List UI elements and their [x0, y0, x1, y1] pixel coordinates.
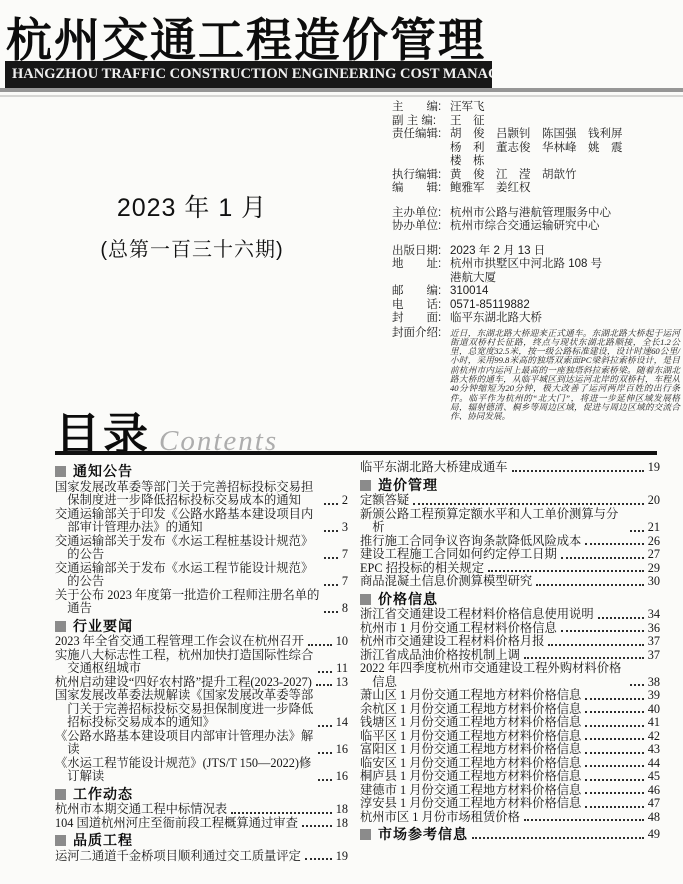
toc-entry-title: 杭州市 1 月份交通工程材料价格信息	[360, 622, 557, 636]
toc-entry-page: 7	[342, 575, 348, 589]
toc-entry: 104 国道杭州河庄至衙前段工程概算通过审查18	[55, 817, 348, 831]
toc-entry-title: 临平区 1 月份交通工程地方材料价格信息	[360, 730, 581, 744]
toc-entry: 临安区 1 月份交通工程地方材料价格信息44	[360, 757, 660, 771]
dot-leader	[585, 738, 643, 740]
toc-entry: 临平区 1 月份交通工程地方材料价格信息42	[360, 730, 660, 744]
header-rule	[0, 88, 683, 92]
toc-entry-page: 18	[336, 817, 348, 831]
toc-entry: 商品混凝土信息价测算模型研究30	[360, 575, 660, 589]
toc-entry-title: 国家发展改革委法规解读《国家发展改革委等部门关于完善招标投标交易担保制度进一步降…	[55, 689, 314, 730]
dot-leader	[630, 530, 644, 532]
toc-entry-title: 2022 年四季度杭州市交通建设工程外购材料价格信息	[360, 662, 626, 689]
dot-leader	[585, 806, 643, 808]
toc-entry-title: 钱塘区 1 月份交通工程地方材料价格信息	[360, 716, 581, 730]
toc-entry-page: 20	[648, 494, 660, 508]
toc-section-title: 造价管理	[378, 479, 438, 493]
editorial-label: 主 编:	[392, 101, 450, 115]
toc-section-heading: 行业要闻	[55, 620, 348, 634]
issue-block: 2023 年 1 月 (总第一百三十六期)	[52, 188, 332, 262]
toc-entry: 萧山区 1 月份交通工程地方材料价格信息39	[360, 689, 660, 703]
toc-entry-page: 13	[336, 676, 348, 690]
dot-leader	[316, 684, 332, 686]
toc-section-title: 品质工程	[73, 834, 133, 848]
toc-entry-title: 余杭区 1 月份交通工程地方材料价格信息	[360, 703, 581, 717]
editorial-row: 杨 利 董志俊 华林峰 姚 震	[392, 142, 680, 156]
toc-section-heading: 通知公告	[55, 465, 348, 479]
toc-entry: 《公路水路基本建设项目内部审计管理办法》解读16	[55, 730, 348, 757]
toc-entry: 新颁公路工程预算定额水平和人工单价测算与分析21	[360, 508, 660, 535]
toc-entry: 建德市 1 月份交通工程地方材料价格信息46	[360, 784, 660, 798]
toc-entry-title: 商品混凝土信息价测算模型研究	[360, 575, 532, 589]
toc-entry: 交通运输部关于发布《水运工程节能设计规范》的公告7	[55, 562, 348, 589]
editorial-row: 责任编辑:胡 俊 吕颢钊 陈国强 钱利屏	[392, 128, 680, 142]
toc-entry: 国家发展改革委法规解读《国家发展改革委等部门关于完善招标投标交易担保制度进一步降…	[55, 689, 348, 730]
toc-entry-page: 19	[336, 850, 348, 864]
toc-entry: 国家发展改革委等部门关于完善招标投标交易担保制度进一步降低招标投标交易成本的通知…	[55, 481, 348, 508]
editorial-label: 主办单位:	[392, 207, 450, 221]
toc-entry-title: 杭州市区 1 月份市场租赁价格	[360, 811, 520, 825]
toc-entry-title: 富阳区 1 月份交通工程地方材料价格信息	[360, 743, 581, 757]
toc-entry-title: 杭州市本期交通工程中标情况表	[55, 803, 227, 817]
toc-entry-page: 10	[336, 635, 348, 649]
cover-intro-row: 封面介绍: 近日，东湖北路大桥迎来正式通车。东湖北路大桥起于运河街道双桥村长征路…	[392, 327, 680, 422]
editorial-label: 责任编辑:	[392, 128, 450, 142]
toc-section-title: 市场参考信息	[378, 828, 468, 842]
toc-section-heading: 造价管理	[360, 479, 660, 493]
editorial-label: 出版日期:	[392, 245, 450, 259]
dot-leader	[318, 725, 332, 727]
editorial-label	[392, 272, 450, 286]
toc-entry-page: 46	[648, 784, 660, 798]
editorial-label: 编 辑:	[392, 182, 450, 196]
toc-entry-page: 16	[336, 743, 348, 757]
toc-entry-title: 萧山区 1 月份交通工程地方材料价格信息	[360, 689, 581, 703]
editorial-value: 0571-85119882	[450, 299, 680, 313]
dot-leader	[413, 503, 644, 505]
toc-section-page: 49	[648, 828, 660, 842]
dot-leader	[524, 819, 644, 821]
toc-entry-title: 杭州市交通建设工程材料价格月报	[360, 635, 544, 649]
toc-entry-page: 47	[648, 797, 660, 811]
toc-entry-page: 43	[648, 743, 660, 757]
toc-entry-title: 定额答疑	[360, 494, 409, 508]
toc-entry-title: 国家发展改革委等部门关于完善招标投标交易担保制度进一步降低招标投标交易成本的通知	[55, 481, 320, 508]
dot-leader	[324, 611, 338, 613]
dot-leader	[324, 584, 338, 586]
journal-title-en-banner: HANGZHOU TRAFFIC CONSTRUCTION ENGINEERIN…	[5, 61, 492, 88]
toc-entry-page: 3	[342, 521, 348, 535]
editorial-label: 协办单位:	[392, 220, 450, 234]
editorial-row: 楼 栋	[392, 155, 680, 169]
toc-entry: 杭州市本期交通工程中标情况表18	[55, 803, 348, 817]
toc-entry-title: 建德市 1 月份交通工程地方材料价格信息	[360, 784, 581, 798]
toc-entry-page: 48	[648, 811, 660, 825]
editorial-row: 执行编辑:黄 俊 江 滢 胡歆竹	[392, 169, 680, 183]
toc-entry-title: 新颁公路工程预算定额水平和人工单价测算与分析	[360, 508, 626, 535]
dot-leader	[472, 837, 644, 839]
toc-entry-page: 45	[648, 770, 660, 784]
toc-entry-title: 浙江省成品油价格按机制上调	[360, 649, 520, 663]
section-bullet-icon	[360, 594, 371, 605]
toc-entry: 交通运输部关于印发《公路水路基本建设项目内部审计管理办法》的通知3	[55, 508, 348, 535]
dot-leader	[585, 725, 643, 727]
editorial-value: 港航大厦	[450, 272, 680, 286]
dot-leader	[318, 779, 332, 781]
dot-leader	[524, 657, 644, 659]
editorial-block: 主 编:汪军飞副 主 编:王 征责任编辑:胡 俊 吕颢钊 陈国强 钱利屏杨 利 …	[392, 101, 680, 421]
editorial-value: 杭州市公路与港航管理服务中心	[450, 207, 680, 221]
toc-section-heading: 价格信息	[360, 593, 660, 607]
dot-leader	[536, 584, 644, 586]
editorial-value: 杭州市拱墅区中河北路 108 号	[450, 258, 680, 272]
dot-leader	[585, 792, 643, 794]
toc-entry-title: 桐庐县 1 月份交通工程地方材料价格信息	[360, 770, 581, 784]
editorial-value: 王 征	[450, 115, 680, 129]
dot-leader	[488, 570, 644, 572]
toc-entry-title: 建设工程施工合同如何约定停工日期	[360, 548, 557, 562]
editorial-row: 主办单位:杭州市公路与港航管理服务中心	[392, 207, 680, 221]
dot-leader	[598, 617, 644, 619]
toc-entry: 杭州市交通建设工程材料价格月报37	[360, 635, 660, 649]
toc-entry-page: 2	[342, 494, 348, 508]
dot-leader	[305, 858, 332, 860]
toc-entry: 推行施工合同争议咨询条款降低风险成本26	[360, 535, 660, 549]
toc-entry: 实施八大标志性工程，杭州加快打造国际性综合交通枢纽城市11	[55, 649, 348, 676]
dot-leader	[561, 557, 644, 559]
section-bullet-icon	[55, 835, 66, 846]
toc-entry: EPC 招投标的相关规定29	[360, 562, 660, 576]
toc-entry-page: 26	[648, 535, 660, 549]
editorial-row: 协办单位:杭州市综合交通运输研究中心	[392, 220, 680, 234]
toc-entry-title: 临平东湖北路大桥建成通车	[360, 461, 508, 475]
toc-entry: 交通运输部关于发布《水运工程桩基设计规范》的公告7	[55, 535, 348, 562]
dot-leader	[561, 630, 644, 632]
dot-leader	[585, 765, 643, 767]
dot-leader	[302, 825, 332, 827]
editorial-row: 编 辑:鲍雅军 姜红权	[392, 182, 680, 196]
dot-leader	[324, 557, 338, 559]
toc-entry-title: 交通运输部关于发布《水运工程节能设计规范》的公告	[55, 562, 320, 589]
toc-entry-page: 18	[336, 803, 348, 817]
toc-entry-title: 关于公布 2023 年度第一批造价工程师注册名单的通告	[55, 589, 320, 616]
editorial-value: 汪军飞	[450, 101, 680, 115]
header-rule-thin	[0, 95, 683, 97]
toc-entry-page: 7	[342, 548, 348, 562]
dot-leader	[630, 684, 644, 686]
issue-date: 2023 年 1 月	[52, 188, 332, 224]
editorial-value: 鲍雅军 姜红权	[450, 182, 680, 196]
toc-entry: 2022 年四季度杭州市交通建设工程外购材料价格信息38	[360, 662, 660, 689]
editorial-row: 封 面:临平东湖北路大桥	[392, 312, 680, 326]
section-bullet-icon	[55, 789, 66, 800]
toc-entry-page: 37	[648, 649, 660, 663]
toc-entry-title: EPC 招投标的相关规定	[360, 562, 484, 576]
toc-entry: 富阳区 1 月份交通工程地方材料价格信息43	[360, 743, 660, 757]
toc-entry: 桐庐县 1 月份交通工程地方材料价格信息45	[360, 770, 660, 784]
toc-column-left: 通知公告国家发展改革委等部门关于完善招标投标交易担保制度进一步降低招标投标交易成…	[55, 461, 348, 863]
issue-number: (总第一百三十六期)	[52, 233, 332, 262]
toc-entry: 建设工程施工合同如何约定停工日期27	[360, 548, 660, 562]
toc-entry-title: 实施八大标志性工程，杭州加快打造国际性综合交通枢纽城市	[55, 649, 314, 676]
toc-entry-page: 42	[648, 730, 660, 744]
editorial-label: 封 面:	[392, 312, 450, 326]
dot-leader	[324, 530, 338, 532]
toc-entry-page: 16	[336, 770, 348, 784]
toc-entry: 杭州市 1 月份交通工程材料价格信息36	[360, 622, 660, 636]
toc-entry-page: 14	[336, 716, 348, 730]
magazine-cover-page: 杭州交通工程造价管理 HANGZHOU TRAFFIC CONSTRUCTION…	[0, 0, 683, 884]
toc-entry-title: 运河二通道千金桥项目顺利通过交工质量评定	[55, 850, 301, 864]
editorial-value: 胡 俊 吕颢钊 陈国强 钱利屏	[450, 128, 680, 142]
toc-section-heading: 工作动态	[55, 788, 348, 802]
cover-intro-text: 近日，东湖北路大桥迎来正式通车。东湖北路大桥起于运河街道双桥村长征路，终点与现状…	[450, 329, 680, 422]
toc-entry-page: 39	[648, 689, 660, 703]
toc-entry-title: 推行施工合同争议咨询条款降低风险成本	[360, 535, 581, 549]
toc-entry: 定额答疑20	[360, 494, 660, 508]
toc-section-heading: 品质工程	[55, 834, 348, 848]
toc-entry: 运河二通道千金桥项目顺利通过交工质量评定19	[55, 850, 348, 864]
dot-leader	[585, 779, 643, 781]
dot-leader	[585, 543, 643, 545]
toc-entry-title: 淳安县 1 月份交通工程地方材料价格信息	[360, 797, 581, 811]
dot-leader	[548, 644, 643, 646]
toc-section-title: 价格信息	[378, 593, 438, 607]
editorial-label	[392, 142, 450, 156]
toc-entry-page: 41	[648, 716, 660, 730]
journal-title-en: HANGZHOU TRAFFIC CONSTRUCTION ENGINEERIN…	[12, 66, 492, 83]
section-bullet-icon	[360, 480, 371, 491]
editorial-label: 执行编辑:	[392, 169, 450, 183]
editorial-row: 主 编:汪军飞	[392, 101, 680, 115]
editorial-row: 出版日期:2023 年 2 月 13 日	[392, 245, 680, 259]
toc-entry: 《水运工程节能设计规范》(JTS/T 150—2022)修订解读16	[55, 757, 348, 784]
toc-entry-page: 27	[648, 548, 660, 562]
toc-entry-page: 40	[648, 703, 660, 717]
toc-entry-title: 临安区 1 月份交通工程地方材料价格信息	[360, 757, 581, 771]
toc-entry-page: 30	[648, 575, 660, 589]
section-bullet-icon	[55, 621, 66, 632]
toc-section-title: 通知公告	[73, 465, 133, 479]
toc-entry-page: 21	[648, 521, 660, 535]
dot-leader	[308, 644, 332, 646]
toc-entry-title: 104 国道杭州河庄至衙前段工程概算通过审查	[55, 817, 298, 831]
editorial-label: 邮 编:	[392, 285, 450, 299]
editorial-rows: 主 编:汪军飞副 主 编:王 征责任编辑:胡 俊 吕颢钊 陈国强 钱利屏杨 利 …	[392, 101, 680, 326]
toc-entry-title: 杭州启动建设“四好农村路”提升工程(2023-2027)	[55, 676, 312, 690]
toc-entry-title: 《水运工程节能设计规范》(JTS/T 150—2022)修订解读	[55, 757, 314, 784]
toc-section-title: 工作动态	[73, 788, 133, 802]
toc-entry: 关于公布 2023 年度第一批造价工程师注册名单的通告8	[55, 589, 348, 616]
editorial-value: 310014	[450, 285, 680, 299]
toc-entry: 淳安县 1 月份交通工程地方材料价格信息47	[360, 797, 660, 811]
toc-entry-page: 8	[342, 602, 348, 616]
toc-entry: 浙江省成品油价格按机制上调37	[360, 649, 660, 663]
editorial-value: 杨 利 董志俊 华林峰 姚 震	[450, 142, 680, 156]
dot-leader	[585, 711, 643, 713]
dot-leader	[324, 503, 338, 505]
toc-entry-page: 44	[648, 757, 660, 771]
editorial-row: 副 主 编:王 征	[392, 115, 680, 129]
toc-entry-page: 37	[648, 635, 660, 649]
dot-leader	[318, 671, 332, 673]
editorial-label: 电 话:	[392, 299, 450, 313]
toc-entry-page: 19	[648, 461, 660, 475]
editorial-value: 临平东湖北路大桥	[450, 312, 680, 326]
toc-entry-page: 38	[648, 676, 660, 690]
section-bullet-icon	[360, 829, 371, 840]
editorial-row: 电 话:0571-85119882	[392, 299, 680, 313]
cover-intro-label: 封面介绍:	[392, 327, 450, 422]
toc-entry: 杭州启动建设“四好农村路”提升工程(2023-2027)13	[55, 676, 348, 690]
toc-entry: 临平东湖北路大桥建成通车19	[360, 461, 660, 475]
editorial-row: 港航大厦	[392, 272, 680, 286]
toc-entry-page: 11	[336, 662, 348, 676]
toc-entry: 浙江省交通建设工程材料价格信息使用说明34	[360, 608, 660, 622]
dot-leader	[231, 812, 332, 814]
dot-leader	[585, 752, 643, 754]
toc-column-right: 临平东湖北路大桥建成通车19造价管理定额答疑20新颁公路工程预算定额水平和人工单…	[360, 461, 660, 844]
editorial-value: 楼 栋	[450, 155, 680, 169]
dot-leader	[585, 698, 643, 700]
editorial-value: 2023 年 2 月 13 日	[450, 245, 680, 259]
section-bullet-icon	[55, 466, 66, 477]
editorial-row: 地 址:杭州市拱墅区中河北路 108 号	[392, 258, 680, 272]
toc-entry-page: 34	[648, 608, 660, 622]
editorial-row: 邮 编:310014	[392, 285, 680, 299]
toc-entry: 2023 年全省交通工程管理工作会议在杭州召开10	[55, 635, 348, 649]
toc-entry-page: 36	[648, 622, 660, 636]
editorial-value: 黄 俊 江 滢 胡歆竹	[450, 169, 680, 183]
toc-section-title: 行业要闻	[73, 620, 133, 634]
toc-entry: 余杭区 1 月份交通工程地方材料价格信息40	[360, 703, 660, 717]
toc-entry-title: 浙江省交通建设工程材料价格信息使用说明	[360, 608, 594, 622]
editorial-value: 杭州市综合交通运输研究中心	[450, 220, 680, 234]
editorial-label	[392, 155, 450, 169]
dot-leader	[512, 470, 644, 472]
toc-entry-title: 2023 年全省交通工程管理工作会议在杭州召开	[55, 635, 304, 649]
toc-entry-title: 交通运输部关于发布《水运工程桩基设计规范》的公告	[55, 535, 320, 562]
editorial-label: 副 主 编:	[392, 115, 450, 129]
toc-entry-page: 29	[648, 562, 660, 576]
toc-entry-title: 交通运输部关于印发《公路水路基本建设项目内部审计管理办法》的通知	[55, 508, 320, 535]
dot-leader	[318, 752, 332, 754]
toc-entry: 钱塘区 1 月份交通工程地方材料价格信息41	[360, 716, 660, 730]
editorial-label: 地 址:	[392, 258, 450, 272]
toc-entry-title: 《公路水路基本建设项目内部审计管理办法》解读	[55, 730, 314, 757]
toc-entry: 杭州市区 1 月份市场租赁价格48	[360, 811, 660, 825]
contents-rule	[55, 451, 657, 455]
toc-section-heading: 市场参考信息49	[360, 828, 660, 842]
